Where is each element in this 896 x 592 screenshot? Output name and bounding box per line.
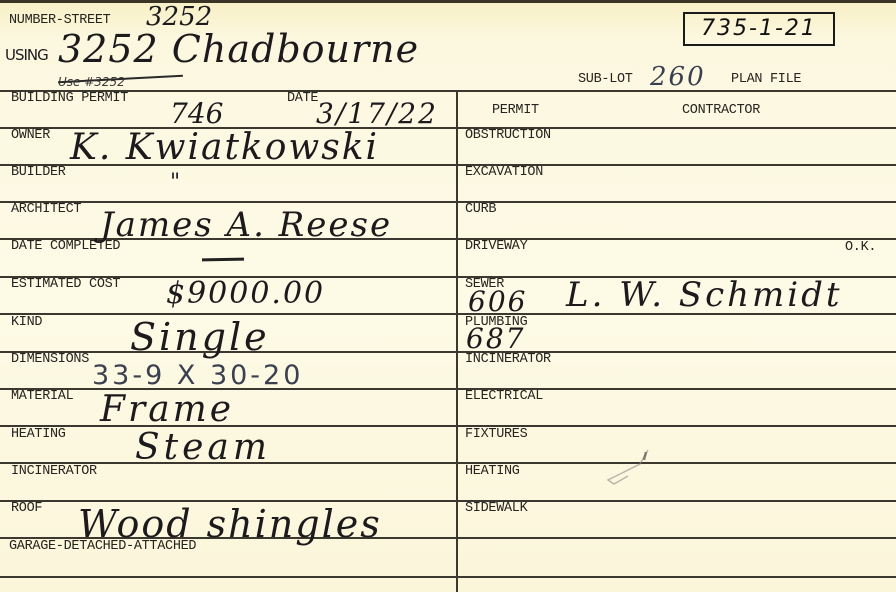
material-value: Frame — [100, 392, 234, 428]
struck-out-note: Use #3252 — [58, 73, 188, 83]
plumbing-permit-number: 687 — [466, 325, 525, 353]
excavation-label: EXCAVATION — [465, 166, 543, 180]
date-label: DATE — [287, 92, 318, 106]
electrical-label: ELECTRICAL — [465, 390, 543, 404]
obstruction-label: OBSTRUCTION — [465, 129, 551, 143]
building-permit-card: NUMBER-STREET 3252 USING 3252 Chadbourne… — [0, 0, 896, 592]
dimensions-label: DIMENSIONS — [11, 353, 89, 367]
struck-out-text: Use #3252 — [58, 75, 125, 89]
estimated-cost-label: ESTIMATED COST — [11, 278, 120, 292]
owner-value: K. Kwiatkowski — [70, 130, 379, 166]
using-label: USING — [5, 48, 48, 63]
rule-line — [0, 201, 896, 203]
building-permit-value: 746 — [170, 100, 223, 128]
column-divider — [456, 90, 458, 592]
owner-label: OWNER — [11, 129, 50, 143]
builder-label: BUILDER — [11, 166, 66, 180]
date-value: 3/17/22 — [316, 100, 438, 128]
kind-value: Single — [130, 318, 270, 356]
address-value: 3252 Chadbourne — [58, 30, 419, 68]
roof-value: Wood shingles — [78, 505, 382, 543]
architect-label: ARCHITECT — [11, 203, 81, 217]
date-completed-dash — [202, 258, 244, 262]
sub-lot-label: SUB-LOT — [578, 73, 633, 87]
material-label: MATERIAL — [11, 390, 73, 404]
pencil-mark — [600, 448, 655, 488]
dimensions-value: 33-9 X 30-20 — [92, 362, 303, 389]
number-street-label: NUMBER-STREET — [9, 14, 110, 28]
rule-line — [0, 576, 896, 578]
building-permit-label: BUILDING PERMIT — [11, 92, 128, 106]
heating-permit-label: HEATING — [465, 465, 520, 479]
driveway-status: O.K. — [845, 241, 876, 255]
card-top-edge — [0, 0, 896, 3]
estimated-cost-value: $9000.00 — [166, 279, 325, 309]
fixtures-label: FIXTURES — [465, 428, 527, 442]
sidewalk-label: SIDEWALK — [465, 502, 527, 516]
kind-label: KIND — [11, 316, 42, 330]
driveway-label: DRIVEWAY — [465, 240, 527, 254]
heating-value: Steam — [135, 430, 271, 466]
contractor-column-header: CONTRACTOR — [682, 104, 760, 118]
architect-value: James A. Reese — [100, 208, 392, 242]
sewer-contractor: L. W. Schmidt — [566, 278, 843, 312]
sewer-permit-number: 606 — [468, 288, 527, 316]
file-number-box: 735-1-21 — [683, 12, 835, 46]
heating-label: HEATING — [11, 428, 66, 442]
plan-file-label: PLAN FILE — [731, 73, 801, 87]
sub-lot-value: 260 — [650, 64, 706, 90]
curb-label: CURB — [465, 203, 496, 217]
permit-column-header: PERMIT — [492, 104, 539, 118]
rule-line — [0, 90, 896, 92]
roof-label: ROOF — [11, 502, 42, 516]
incinerator-label: INCINERATOR — [11, 465, 97, 479]
